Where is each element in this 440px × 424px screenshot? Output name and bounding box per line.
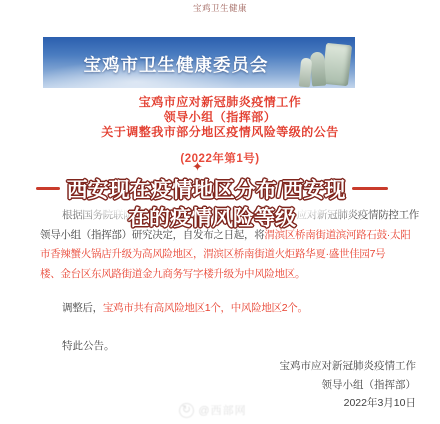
summary-line: 调整后，宝鸡市共有高风险地区1个，中风险地区2个。	[40, 300, 420, 315]
overlay-halo: 西安现在疫情地区分布/西安现 在的疫情风险等级	[22, 170, 402, 231]
overlay-title-line1: 西安现在疫情地区分布/西安现	[32, 176, 392, 201]
org-line: 领导小组（指挥部）	[0, 110, 440, 125]
red-rule-left	[36, 187, 60, 190]
article-page: 宝鸡卫生健康 宝鸡市卫生健康委员会 宝鸡市应对新冠肺炎疫情工作 领导小组（指挥部…	[0, 0, 440, 424]
star-icon: ✦	[192, 159, 203, 175]
watermark-text: @西部网	[198, 402, 246, 418]
org-line: 宝鸡市应对新冠肺炎疫情工作	[0, 95, 440, 110]
risk-area-highlight: 楼、金台区东风路街道金九商务写字楼升级为中风险地区。	[40, 268, 305, 280]
statues-graphic	[295, 37, 355, 88]
banner-title: 宝鸡市卫生健康委员会	[43, 52, 309, 77]
overlay-title-line2: 在的疫情风险等级	[32, 202, 392, 227]
doc-number: (2022年第1号)	[0, 150, 440, 166]
watermark-logo-icon: ↻	[179, 403, 194, 418]
notice-title: 关于调整我市部分地区疫情风险等级的公告	[0, 125, 440, 140]
statue-figure-shape	[310, 52, 326, 87]
red-rule-right	[352, 187, 388, 190]
body-line: 楼、金台区东风路街道金九商务写字楼升级为中风险地区。	[40, 265, 420, 285]
account-name-label: 宝鸡卫生健康	[0, 2, 440, 14]
signature-org-line: 宝鸡市应对新冠肺炎疫情工作	[280, 357, 417, 376]
closing-line: 特此公告。	[40, 338, 420, 353]
risk-count-highlight: 宝鸡市共有高风险地区1个，中风险地区2个。	[103, 302, 308, 314]
overlay-title: 西安现在疫情地区分布/西安现 在的疫情风险等级	[0, 170, 424, 231]
body-line: 市香辣蟹火锅店升级为高风险地区，渭滨区桥南街道火炬路华夏·盛世佳园7号	[40, 245, 420, 265]
banner-image: 宝鸡市卫生健康委员会	[43, 37, 355, 88]
statue-slab-shape	[322, 43, 352, 86]
statue-figure-shape	[299, 58, 312, 88]
notice-heading: 宝鸡市应对新冠肺炎疫情工作 领导小组（指挥部） 关于调整我市部分地区疫情风险等级…	[0, 95, 440, 140]
signature-org-line: 领导小组（指挥部）	[280, 376, 417, 395]
risk-area-highlight: 市香辣蟹火锅店升级为高风险地区，渭滨区桥南街道火炬路华夏·盛世佳园7号	[40, 248, 385, 260]
watermark: ↻ @西部网	[0, 402, 426, 418]
